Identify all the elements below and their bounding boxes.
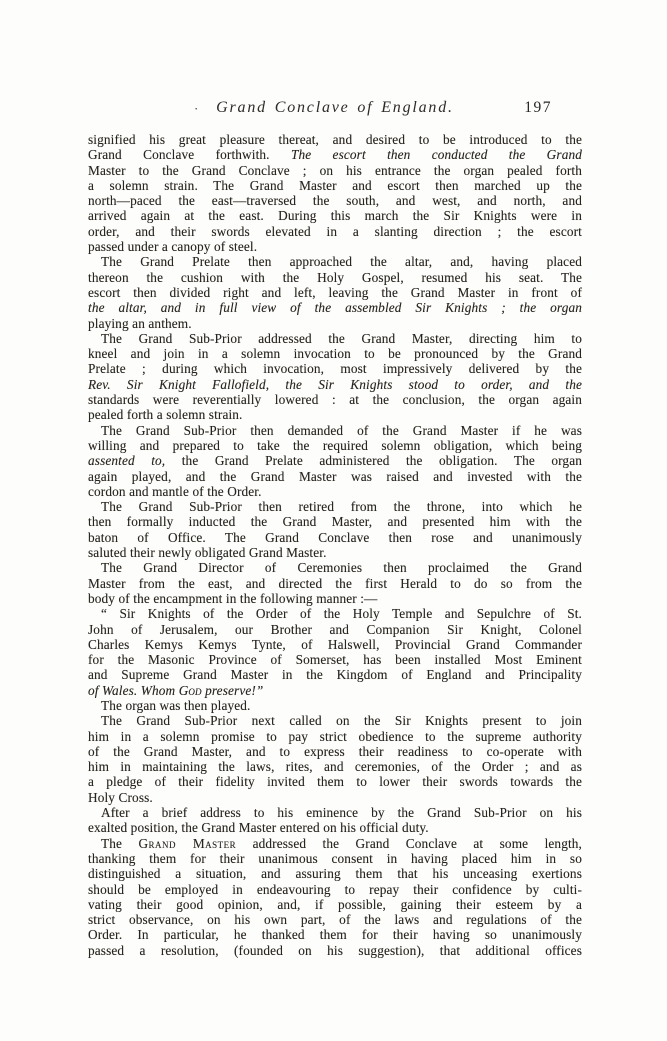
page-number: 197 <box>524 99 552 117</box>
text-line: passed a resolution, (founded on his sug… <box>88 943 582 958</box>
book-page: · Grand Conclave of England. 197 signifi… <box>0 0 667 1041</box>
text-line: The Grand Sub-Prior next called on the S… <box>88 713 582 728</box>
text-line: signified his great pleasure thereat, an… <box>88 132 582 147</box>
text-line: a pledge of their fidelity invited them … <box>88 774 582 789</box>
text-line: him in maintaining the laws, rites, and … <box>88 759 582 774</box>
text-line: passed under a canopy of steel. <box>88 239 582 254</box>
text-line: Charles Kemys Kemys Tynte, of Halswell, … <box>88 637 582 652</box>
text-line: After a brief address to his eminence by… <box>88 805 582 820</box>
text-line: then formally inducted the Grand Master,… <box>88 514 582 529</box>
text-line: again played, and the Grand Master was r… <box>88 469 582 484</box>
text-line: exalted position, the Grand Master enter… <box>88 820 582 835</box>
text-line: baton of Office. The Grand Conclave then… <box>88 530 582 545</box>
page-body: signified his great pleasure thereat, an… <box>88 132 582 958</box>
text-line: The Grand Master addressed the Grand Con… <box>88 836 582 851</box>
text-line: body of the encampment in the following … <box>88 591 582 606</box>
text-line: north—paced the east—traversed the south… <box>88 193 582 208</box>
text-line: The Grand Sub-Prior then retired from th… <box>88 499 582 514</box>
running-title: Grand Conclave of England. <box>88 99 582 117</box>
text-line: vating their good opinion, and, if possi… <box>88 897 582 912</box>
text-line: assented to, the Grand Prelate administe… <box>88 453 582 468</box>
page-header: · Grand Conclave of England. 197 <box>88 99 582 119</box>
text-line: The Grand Prelate then approached the al… <box>88 254 582 269</box>
text-line: thereon the cushion with the Holy Gospel… <box>88 270 582 285</box>
text-line: distinguished a situation, and assuring … <box>88 866 582 881</box>
text-line: Rev. Sir Knight Fallofield, the Sir Knig… <box>88 377 582 392</box>
text-line: cordon and mantle of the Order. <box>88 484 582 499</box>
text-line: order, and their swords elevated in a sl… <box>88 224 582 239</box>
text-line: arrived again at the east. During this m… <box>88 208 582 223</box>
text-line: for the Masonic Province of Somerset, ha… <box>88 652 582 667</box>
text-line: the altar, and in full view of the assem… <box>88 300 582 315</box>
ornament-dot: · <box>194 101 198 117</box>
text-line: escort then divided right and left, leav… <box>88 285 582 300</box>
text-line: of Wales. Whom God preserve!” <box>88 683 582 698</box>
text-line: Master from the east, and directed the f… <box>88 576 582 591</box>
text-line: playing an anthem. <box>88 316 582 331</box>
text-line: Holy Cross. <box>88 790 582 805</box>
text-line: willing and prepared to take the require… <box>88 438 582 453</box>
text-line: The organ was then played. <box>88 698 582 713</box>
text-line: Prelate ; during which invocation, most … <box>88 361 582 376</box>
text-line: him in a solemn promise to pay strict ob… <box>88 729 582 744</box>
text-line: Master to the Grand Conclave ; on his en… <box>88 163 582 178</box>
text-line: Order. In particular, he thanked them fo… <box>88 927 582 942</box>
text-line: The Grand Sub-Prior addressed the Grand … <box>88 331 582 346</box>
text-line: saluted their newly obligated Grand Mast… <box>88 545 582 560</box>
text-line: and Supreme Grand Master in the Kingdom … <box>88 667 582 682</box>
text-line: thanking them for their unanimous consen… <box>88 851 582 866</box>
text-line: The Grand Sub-Prior then demanded of the… <box>88 423 582 438</box>
text-line: John of Jerusalem, our Brother and Compa… <box>88 622 582 637</box>
text-line: pealed forth a solemn strain. <box>88 407 582 422</box>
text-line: strict observance, on his own part, of t… <box>88 912 582 927</box>
text-line: Grand Conclave forthwith. The escort the… <box>88 147 582 162</box>
text-line: should be employed in endeavouring to re… <box>88 882 582 897</box>
text-line: a solemn strain. The Grand Master and es… <box>88 178 582 193</box>
text-line: of the Grand Master, and to express thei… <box>88 744 582 759</box>
text-line: The Grand Director of Ceremonies then pr… <box>88 560 582 575</box>
text-line: kneel and join in a solemn invocation to… <box>88 346 582 361</box>
text-line: standards were reverentially lowered : a… <box>88 392 582 407</box>
text-column: · Grand Conclave of England. 197 signifi… <box>88 99 582 958</box>
text-line: “ Sir Knights of the Order of the Holy T… <box>88 606 582 621</box>
